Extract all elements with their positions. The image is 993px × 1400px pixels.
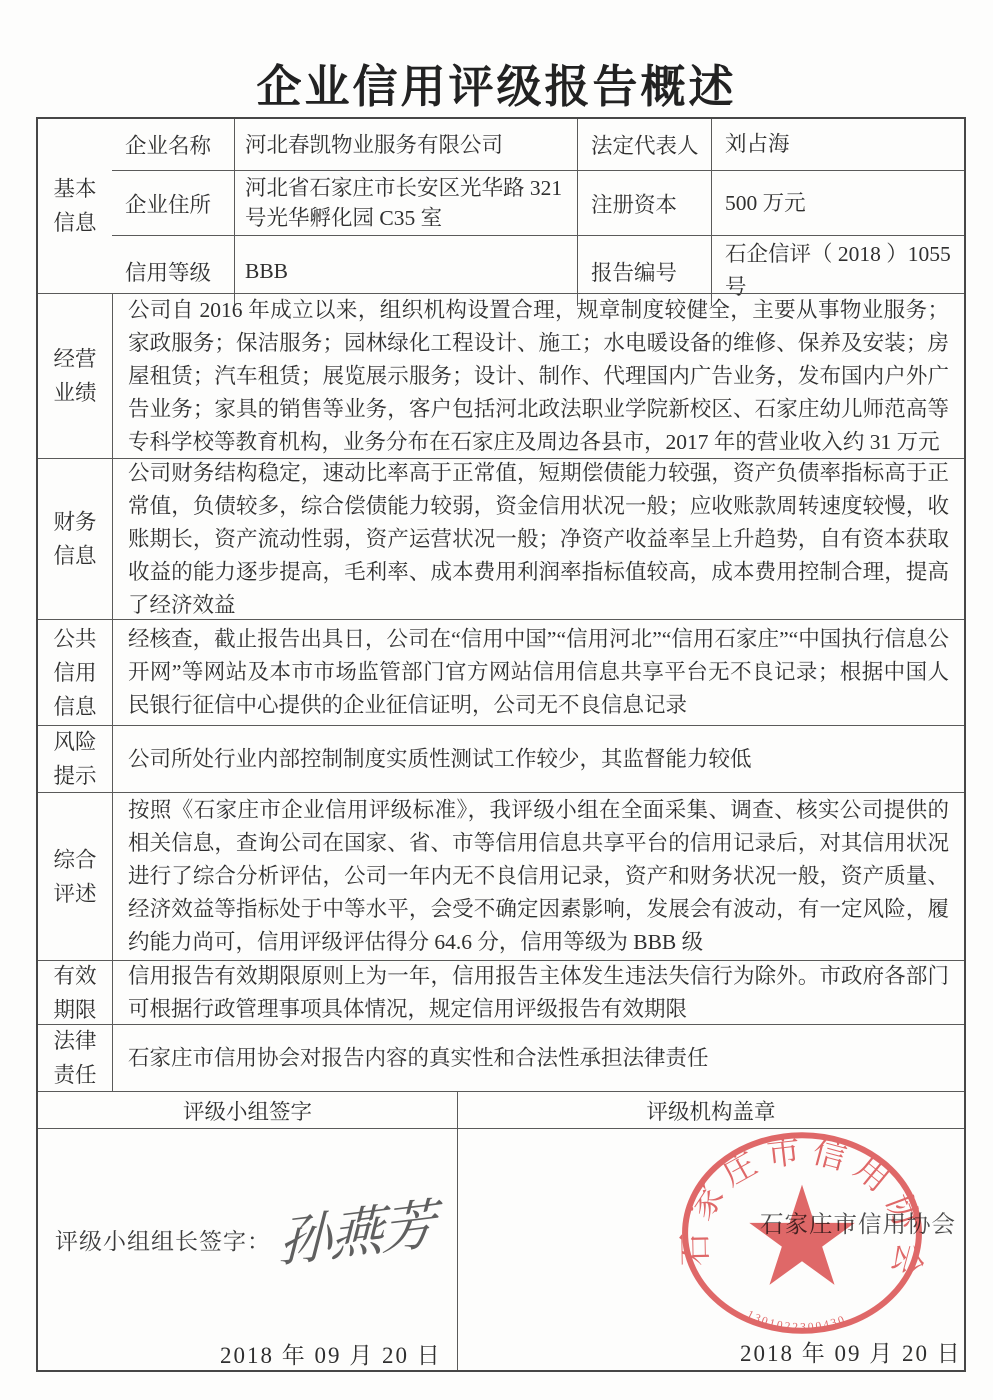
signature-date: 2018 年 09 月 20 日 bbox=[220, 1337, 442, 1370]
section-content: 石家庄市信用协会对报告内容的真实性和合法性承担法律责任 bbox=[112, 1025, 964, 1091]
signoff-header-left: 评级小组签字 bbox=[38, 1092, 457, 1128]
organization-name: 石家庄市信用协会 bbox=[760, 1205, 956, 1239]
section-label: 公共信用信息 bbox=[52, 622, 99, 724]
field-label: 法定代表人 bbox=[577, 119, 711, 170]
section-content: 经核查，截止报告出具日，公司在“信用中国”“信用河北”“信用石家庄”“中国执行信… bbox=[112, 620, 964, 725]
section-label: 有效期限 bbox=[52, 959, 99, 1027]
section-row-business: 经营业绩 公司自 2016 年成立以来，组织机构设置合理，规章制度较健全，主要从… bbox=[38, 293, 964, 458]
section-content: 公司所处行业内部控制制度实质性测试工作较少，其监督能力较低 bbox=[112, 726, 964, 792]
basic-info-row: 基本信息 企业名称 河北春凯物业服务有限公司 法定代表人 刘占海 企业住所 河北… bbox=[38, 119, 964, 293]
handwritten-signature: 孙燕芳 bbox=[278, 1181, 434, 1278]
section-header: 综合评述 bbox=[38, 793, 112, 960]
document-page: 企业信用评级报告概述 基本信息 企业名称 河北春凯物业服务有限公司 法定代表人 … bbox=[0, 0, 993, 1400]
field-value: 刘占海 bbox=[711, 119, 964, 170]
table-row: 企业名称 河北春凯物业服务有限公司 法定代表人 刘占海 bbox=[112, 119, 964, 170]
section-label: 基本信息 bbox=[52, 172, 99, 240]
section-row-public-credit: 公共信用信息 经核查，截止报告出具日，公司在“信用中国”“信用河北”“信用石家庄… bbox=[38, 619, 964, 725]
section-row-summary: 综合评述 按照《石家庄市企业信用评级标准》，我评级小组在全面采集、调查、核实公司… bbox=[38, 792, 964, 960]
section-header: 经营业绩 bbox=[38, 294, 112, 458]
section-label: 综合评述 bbox=[52, 843, 99, 911]
section-label: 财务信息 bbox=[52, 505, 99, 573]
section-header: 法律责任 bbox=[38, 1025, 112, 1091]
leader-signature-label: 评级小组组长签字： bbox=[55, 1223, 271, 1256]
section-content: 按照《石家庄市企业信用评级标准》，我评级小组在全面采集、调查、核实公司提供的相关… bbox=[112, 793, 964, 960]
section-content: 公司财务结构稳定，速动比率高于正常值，短期偿债能力较强，资产负债率指标高于正常值… bbox=[112, 459, 964, 619]
signoff-header-right: 评级机构盖章 bbox=[457, 1092, 964, 1128]
section-header: 风险提示 bbox=[38, 726, 112, 792]
stamp-cell: 石家庄市信用协会 2018 年 09 月 20 日 bbox=[457, 1129, 964, 1370]
section-label: 风险提示 bbox=[52, 725, 99, 793]
section-header: 财务信息 bbox=[38, 459, 112, 619]
stamp-date: 2018 年 09 月 20 日 bbox=[740, 1335, 962, 1368]
field-label: 企业名称 bbox=[112, 119, 234, 170]
section-label: 法律责任 bbox=[52, 1024, 99, 1092]
basic-info-grid: 企业名称 河北春凯物业服务有限公司 法定代表人 刘占海 企业住所 河北省石家庄市… bbox=[112, 119, 964, 293]
section-label: 经营业绩 bbox=[52, 342, 99, 410]
section-content: 信用报告有效期限原则上为一年，信用报告主体发生违法失信行为除外。市政府各部门可根… bbox=[112, 961, 964, 1024]
field-value: 500 万元 bbox=[711, 171, 964, 235]
field-label: 注册资本 bbox=[577, 171, 711, 235]
section-header: 有效期限 bbox=[38, 961, 112, 1024]
section-header-basic-info: 基本信息 bbox=[38, 119, 112, 293]
section-row-validity: 有效期限 信用报告有效期限原则上为一年，信用报告主体发生违法失信行为除外。市政府… bbox=[38, 960, 964, 1024]
report-table: 基本信息 企业名称 河北春凯物业服务有限公司 法定代表人 刘占海 企业住所 河北… bbox=[36, 117, 966, 1372]
field-value: 河北春凯物业服务有限公司 bbox=[234, 119, 577, 170]
section-row-legal: 法律责任 石家庄市信用协会对报告内容的真实性和合法性承担法律责任 bbox=[38, 1024, 964, 1091]
signoff-header-row: 评级小组签字 评级机构盖章 bbox=[38, 1091, 964, 1128]
field-label: 企业住所 bbox=[112, 171, 234, 235]
section-header: 公共信用信息 bbox=[38, 620, 112, 725]
field-value: 河北省石家庄市长安区光华路 321 号光华孵化园 C35 室 bbox=[234, 171, 577, 235]
section-row-risk: 风险提示 公司所处行业内部控制制度实质性测试工作较少，其监督能力较低 bbox=[38, 725, 964, 792]
page-title: 企业信用评级报告概述 bbox=[0, 50, 993, 115]
signature-cell: 评级小组组长签字： 孙燕芳 2018 年 09 月 20 日 bbox=[38, 1129, 457, 1370]
table-row: 企业住所 河北省石家庄市长安区光华路 321 号光华孵化园 C35 室 注册资本… bbox=[112, 170, 964, 235]
section-content: 公司自 2016 年成立以来，组织机构设置合理，规章制度较健全，主要从事物业服务… bbox=[112, 294, 964, 458]
section-row-finance: 财务信息 公司财务结构稳定，速动比率高于正常值，短期偿债能力较强，资产负债率指标… bbox=[38, 458, 964, 619]
signoff-body-row: 评级小组组长签字： 孙燕芳 2018 年 09 月 20 日 石家庄市信用协会 … bbox=[38, 1128, 964, 1370]
